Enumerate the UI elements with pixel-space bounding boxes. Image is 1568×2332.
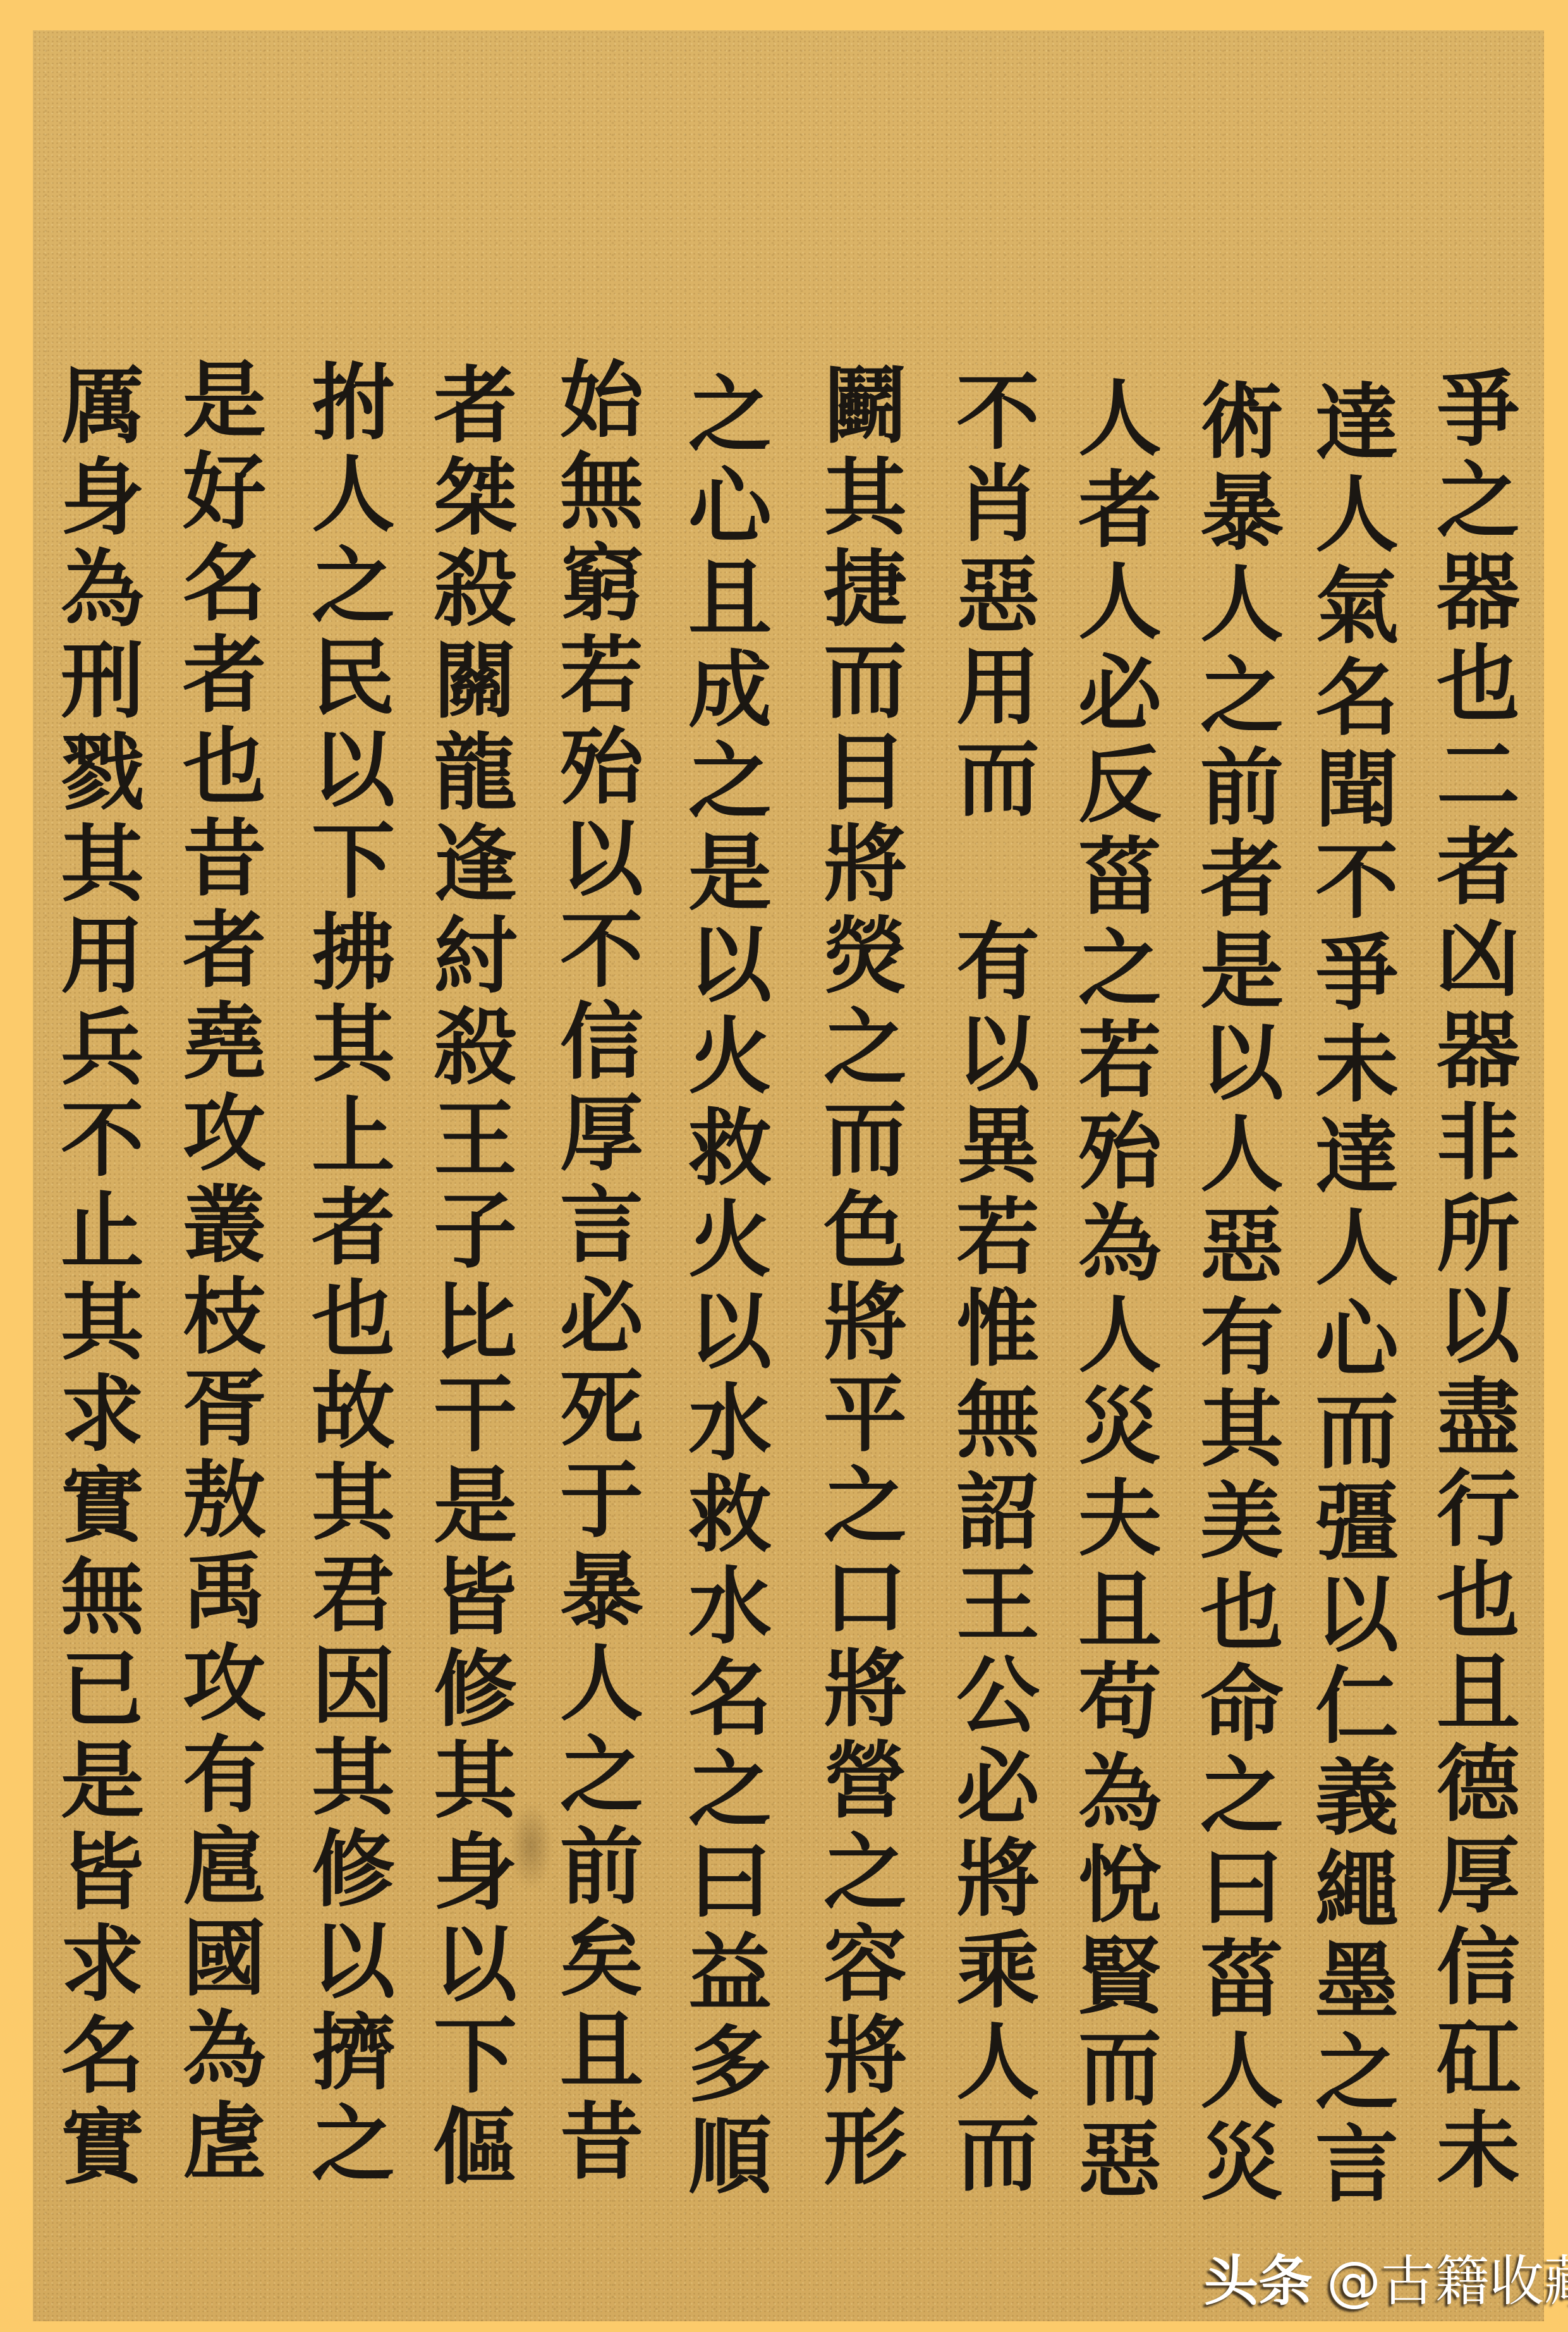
text-column-9: 者桀殺關龍逢紂殺王子比干是皆修其身以下傴 — [420, 362, 515, 2233]
text-column-10: 拊人之民以下拂其上者也故其君因其修以擠之 — [298, 358, 393, 2230]
watermark-source: 头条 — [1204, 2250, 1313, 2313]
text-column-5: 不肖惡用而 有以異若惟無詔王公必將乘人而 — [943, 368, 1038, 2239]
text-column-11: 是好名者也昔者堯攻叢枝胥敖禹攻有扈國為虗 — [169, 356, 264, 2227]
text-column-7: 之心且成之是以火救火以水救水名之曰益多順 — [675, 370, 770, 2242]
text-column-4: 人者人必反菑之若殆為人災夫且苟為悅賢而惡 — [1065, 374, 1160, 2245]
text-column-3: 術暴人之前者是以人惡有其美也命之曰菑人災 — [1187, 377, 1282, 2248]
watermark: 头条@古籍收藏家 — [1204, 2254, 1568, 2309]
text-column-8: 始無窮若殆以不信厚言必死于暴人之前矣且昔 — [547, 356, 641, 2227]
watermark-handle: @古籍收藏家 — [1327, 2250, 1568, 2313]
text-column-12: 厲身為刑戮其用兵不止其求實無已是皆求名實 — [47, 362, 142, 2233]
text-column-6: 鬬其捷而目將熒之而色將平之口將營之容將形 — [810, 362, 905, 2233]
text-column-1: 爭之器也二者凶器非所以盡行也且德厚信矼未 — [1423, 365, 1518, 2236]
text-column-2: 達人氣名聞不爭未達人心而彊以仁義繩墨之言 — [1302, 379, 1397, 2250]
